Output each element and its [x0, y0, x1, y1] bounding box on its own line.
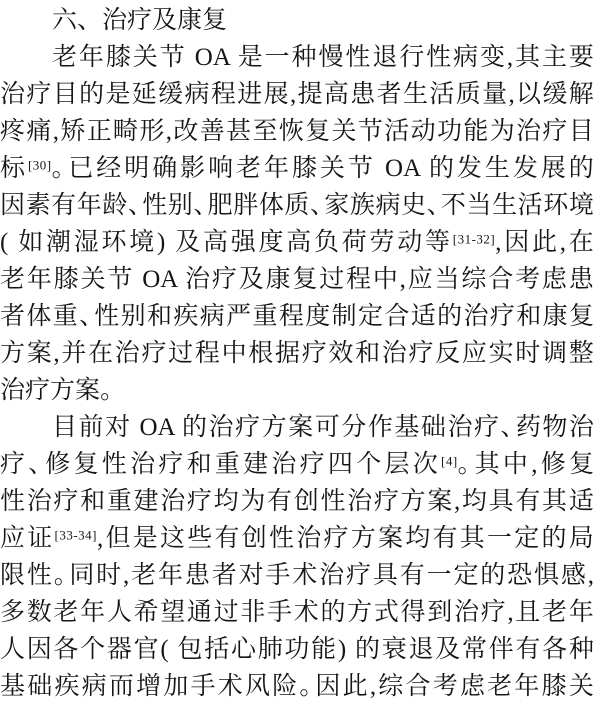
text-line: 治疗目的是延缓病程进展,提高患者生活质量,以缓解	[0, 76, 594, 113]
punctuation-glyph: 、	[28, 446, 42, 483]
punctuation-glyph: (	[0, 224, 16, 261]
citation-ref: [31-32]	[453, 231, 496, 246]
text-column: 老年膝关节 OA 是一种慢性退行性病变,其主要治疗目的是延缓病程进展,提高患者生…	[0, 39, 594, 704]
text-line: 应证[33-34],但是这些有创性治疗方案均有其一定的局	[0, 520, 594, 557]
text-line: (如潮湿环境)及高强度高负荷劳动等[31-32],因此,在	[0, 224, 594, 261]
text-line: 目前对 OA 的治疗方案可分作基础治疗、药物治	[0, 409, 594, 446]
text-line: 性治疗和重建治疗均为有创性治疗方案,均具有其适	[0, 483, 594, 520]
text-line: 限性。同时,老年患者对手术治疗具有一定的恐惧感,	[0, 557, 594, 594]
paragraph: 老年膝关节 OA 是一种慢性退行性病变,其主要治疗目的是延缓病程进展,提高患者生…	[0, 39, 594, 409]
text-line: 标[30]。已经明确影响老年膝关节 OA 的发生发展的	[0, 150, 594, 187]
text-line: 基础疾病而增加手术风险。因此,综合考虑老年膝关	[0, 668, 594, 704]
punctuation-glyph: 、	[501, 409, 515, 446]
punctuation-glyph: 。	[54, 557, 68, 594]
text-line: 老年膝关节 OA 是一种慢性退行性病变,其主要	[0, 39, 594, 76]
punctuation-glyph: 、	[193, 187, 207, 224]
punctuation-glyph: 、	[427, 187, 441, 224]
citation-ref: [33-34]	[55, 527, 98, 542]
punctuation-glyph: 。	[458, 446, 472, 483]
text-line: 者体重、性别和疾病严重程度制定合适的治疗和康复	[0, 298, 594, 335]
section-heading: 六、治疗及康复	[0, 2, 594, 39]
punctuation-glyph: (	[160, 631, 176, 668]
punctuation-glyph: 。	[52, 150, 66, 187]
citation-ref: [30]	[28, 157, 52, 172]
paragraph: 目前对 OA 的治疗方案可分作基础治疗、药物治疗、修复性治疗和重建治疗四个层次[…	[0, 409, 594, 704]
text-line: 疗、修复性治疗和重建治疗四个层次[4]。其中,修复	[0, 446, 594, 483]
punctuation-glyph: 、	[128, 187, 142, 224]
text-line: 治疗方案。	[0, 372, 594, 409]
punctuation-glyph: 。	[100, 372, 114, 409]
punctuation-glyph: )	[157, 224, 173, 261]
text-line: 因素有年龄、性别、肥胖体质、家族病史、不当生活环境	[0, 187, 594, 224]
punctuation-glyph: )	[338, 631, 354, 668]
citation-ref: [4]	[441, 453, 458, 468]
punctuation-glyph: 、	[310, 187, 324, 224]
punctuation-glyph: 。	[299, 668, 313, 704]
text-line: 多数老年人希望通过非手术的方式得到治疗,且老年	[0, 594, 594, 631]
paper-page: 六、治疗及康复 老年膝关节 OA 是一种慢性退行性病变,其主要治疗目的是延缓病程…	[0, 0, 594, 704]
text-line: 老年膝关节 OA 治疗及康复过程中,应当综合考虑患	[0, 261, 594, 298]
text-line: 人因各个器官(包括心肺功能)的衰退及常伴有各种	[0, 631, 594, 668]
punctuation-glyph: 、	[79, 298, 93, 335]
text-line: 方案,并在治疗过程中根据疗效和治疗反应实时调整	[0, 335, 594, 372]
text-line: 疼痛,矫正畸形,改善甚至恢复关节活动功能为治疗目	[0, 113, 594, 150]
